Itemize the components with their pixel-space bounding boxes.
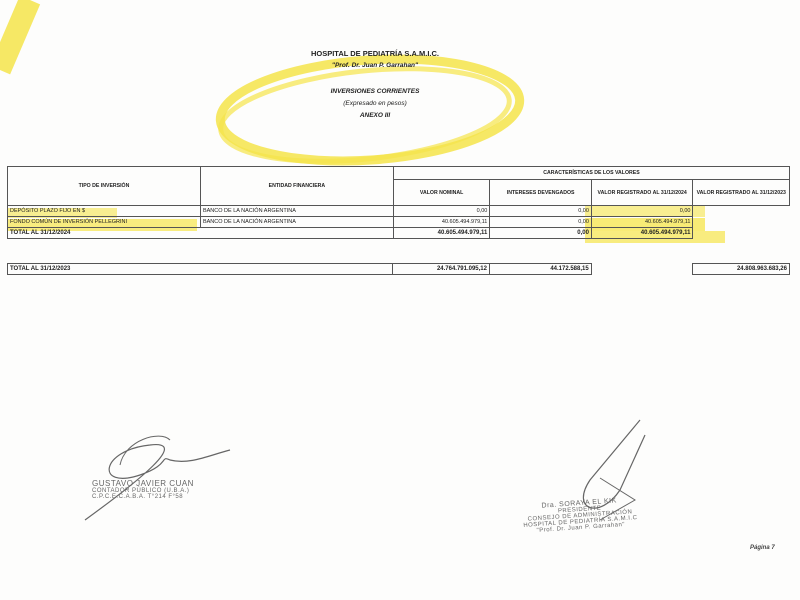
- col-header-registrado-2023: VALOR REGISTRADO AL 31/12/2023: [693, 180, 790, 206]
- total-2023-registrado: 24.808.963.683,26: [693, 264, 790, 275]
- cell-entidad: BANCO DE LA NACIÓN ARGENTINA: [200, 206, 393, 217]
- document-header: HOSPITAL DE PEDIATRÍA S.A.M.I.C. "Prof. …: [250, 48, 500, 122]
- table-row: FONDO COMÚN DE INVERSIÓN PELLEGRINI BANC…: [8, 217, 790, 228]
- cell-intereses: 0,00: [490, 217, 592, 228]
- cell-registrado-2023: [693, 217, 790, 228]
- total-registrado-2024: 40.605.494.979,11: [591, 228, 693, 239]
- investments-table: TIPO DE INVERSIÓN ENTIDAD FINANCIERA CAR…: [7, 166, 790, 239]
- col-header-intereses: INTERESES DEVENGADOS: [490, 180, 592, 206]
- col-header-tipo: TIPO DE INVERSIÓN: [8, 167, 201, 206]
- cell-entidad: BANCO DE LA NACIÓN ARGENTINA: [200, 217, 393, 228]
- cell-nominal: 40.605.494.979,11: [393, 217, 489, 228]
- total-label: TOTAL AL 31/12/2024: [8, 228, 394, 239]
- total-2023-nominal: 24.764.791.095,12: [393, 264, 490, 275]
- report-title: INVERSIONES CORRIENTES: [250, 86, 500, 98]
- col-header-nominal: VALOR NOMINAL: [393, 180, 489, 206]
- cell-tipo: DEPÓSITO PLAZO FIJO EN $: [8, 206, 201, 217]
- page-number: Página 7: [750, 545, 775, 551]
- col-header-registrado-2024: VALOR REGISTRADO AL 31/12/2024: [591, 180, 693, 206]
- cell-intereses: 0,00: [490, 206, 592, 217]
- signature-left: GUSTAVO JAVIER CUAN CONTADOR PÚBLICO (U.…: [92, 479, 194, 500]
- total-row-2023: TOTAL AL 31/12/2023 24.764.791.095,12 44…: [8, 264, 790, 275]
- signer-left-name: GUSTAVO JAVIER CUAN: [92, 479, 194, 488]
- cell-registrado-2024: 40.605.494.979,11: [591, 217, 693, 228]
- col-header-entidad: ENTIDAD FINANCIERA: [200, 167, 393, 206]
- total-2023-table: TOTAL AL 31/12/2023 24.764.791.095,12 44…: [7, 263, 790, 275]
- annex-label: ANEXO III: [250, 110, 500, 122]
- signer-left-registration: C.P.C.E.C.A.B.A. T°214 F°58: [92, 494, 194, 500]
- total-2023-intereses: 44.172.588,15: [490, 264, 592, 275]
- institution-name: HOSPITAL DE PEDIATRÍA S.A.M.I.C.: [250, 48, 500, 60]
- cell-tipo: FONDO COMÚN DE INVERSIÓN PELLEGRINI: [8, 217, 201, 228]
- group-header: CARACTERÍSTICAS DE LOS VALORES: [393, 167, 789, 180]
- cell-nominal: 0,00: [393, 206, 489, 217]
- institution-subtitle: "Prof. Dr. Juan P. Garrahan": [250, 60, 500, 72]
- table-row: DEPÓSITO PLAZO FIJO EN $ BANCO DE LA NAC…: [8, 206, 790, 217]
- signature-right: Dra. SORAYA EL KIK PRESIDENTE CONSEJO DE…: [504, 495, 656, 536]
- total-intereses: 0,00: [490, 228, 592, 239]
- total-row-2024: TOTAL AL 31/12/2024 40.605.494.979,11 0,…: [8, 228, 790, 239]
- total-2023-label: TOTAL AL 31/12/2023: [8, 264, 393, 275]
- cell-registrado-2023: [693, 206, 790, 217]
- cell-registrado-2024: 0,00: [591, 206, 693, 217]
- unit-note: (Expresado en pesos): [250, 98, 500, 110]
- total-nominal: 40.605.494.979,11: [393, 228, 489, 239]
